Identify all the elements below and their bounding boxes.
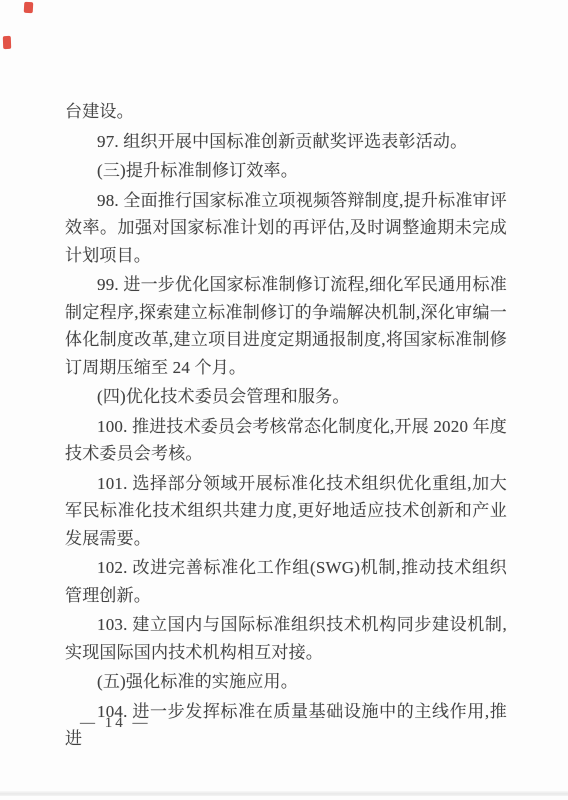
paragraph-item-98: 98. 全面推行国家标准立项视频答辩制度,提升标准审评效率。加强对国家标准计划的… (65, 187, 507, 270)
section-heading-5: (五)强化标准的实施应用。 (65, 668, 507, 696)
paragraph-item-101: 101. 选择部分领域开展标准化技术组织优化重组,加大军民标准化技术组织共建力度… (65, 470, 507, 553)
page-number: — 14 — (80, 715, 151, 732)
section-heading-3: (三)提升标准制修订效率。 (65, 157, 507, 185)
paragraph-item-99: 99. 进一步优化国家标准制修订流程,细化军民通用标准制定程序,探索建立标准制修… (65, 271, 507, 381)
section-heading-4: (四)优化技术委员会管理和服务。 (65, 383, 507, 411)
paragraph-item-100: 100. 推进技术委员会考核常态化制度化,开展 2020 年度技术委员会考核。 (65, 413, 507, 468)
paragraph-item-102: 102. 改进完善标准化工作组(SWG)机制,推动技术组织管理创新。 (65, 554, 507, 609)
document-body: 台建设。 97. 组织开展中国标准创新贡献奖评选表彰活动。 (三)提升标准制修订… (65, 98, 507, 755)
red-stamp-mark-icon (3, 36, 11, 49)
scan-edge-shadow (0, 791, 568, 796)
document-page: 台建设。 97. 组织开展中国标准创新贡献奖评选表彰活动。 (三)提升标准制修订… (0, 0, 568, 800)
paragraph-continuation: 台建设。 (65, 98, 507, 126)
paragraph-item-103: 103. 建立国内与国际标准组织技术机构同步建设机制,实现国际国内技术机构相互对… (65, 611, 507, 666)
red-stamp-mark-icon (24, 2, 34, 13)
paragraph-item-97: 97. 组织开展中国标准创新贡献奖评选表彰活动。 (65, 128, 507, 156)
